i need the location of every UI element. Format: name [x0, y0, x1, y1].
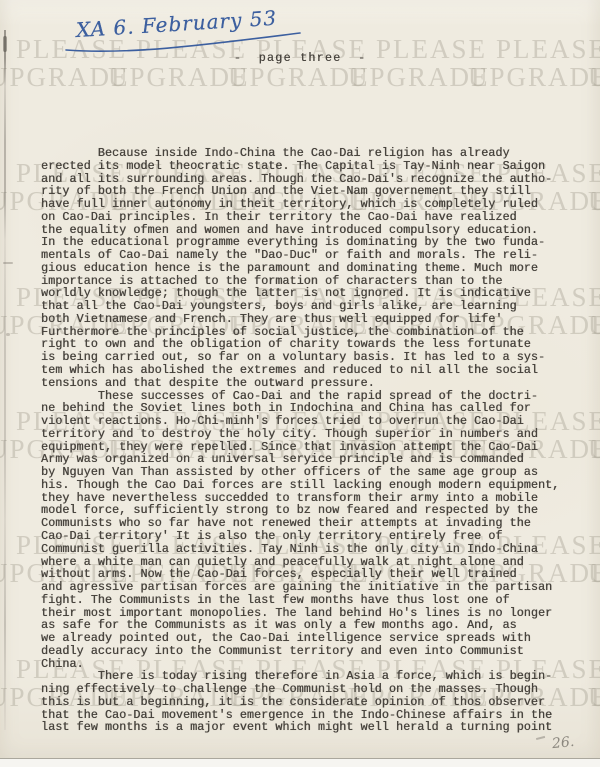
typed-line: his. Though the Cao Dai forces are still… — [41, 479, 581, 492]
typed-line: this is but a beginning, it is the consi… — [41, 696, 581, 709]
typed-line: Communist guerilla activities. Tay Ninh … — [41, 543, 581, 556]
typed-line: on Cao-Dai principles. In their territor… — [41, 211, 581, 224]
pencil-dash-mark — [536, 736, 545, 740]
typed-line: and agressive partisan forces are gainin… — [41, 581, 581, 594]
typed-body: Because inside Indo-China the Cao-Dai re… — [41, 147, 581, 734]
typed-line: territory and to destroy the holy city. … — [41, 428, 581, 441]
typed-line: gious education hence is the paramount a… — [41, 262, 581, 275]
typed-line: both Vietnamese and French. They are thu… — [41, 313, 581, 326]
typed-line: last few months is a major event which m… — [41, 721, 581, 734]
typed-line: Cao-Dai territory' It is also the only t… — [41, 530, 581, 543]
handwritten-annotation: XA 6. February 53 — [75, 4, 306, 42]
typed-line: we already pointed out, the Cao-Dai inte… — [41, 632, 581, 645]
page-header: - page three - — [0, 51, 600, 65]
typed-line: deadly accuracy into the Communist terri… — [41, 645, 581, 658]
scan-speck — [3, 36, 7, 52]
scanned-page: PLEASEPLEASEPLEASEPLEASEPLEASEPLEASEUPGR… — [0, 0, 600, 758]
typed-line: ning effectively to challenge the Commun… — [41, 683, 581, 696]
typed-line: fight. The Communists in the last few mo… — [41, 594, 581, 607]
typed-line: Because inside Indo-China the Cao-Dai re… — [41, 147, 581, 160]
scan-edge-artifact — [4, 30, 6, 730]
page-bottom-edge — [0, 758, 600, 759]
typed-line: tem which has abolished the extremes and… — [41, 364, 581, 377]
scan-speck — [3, 262, 13, 264]
pencil-page-number: 26. — [551, 734, 575, 752]
typed-line: erected its model theocratic state. The … — [41, 160, 581, 173]
scan-speck — [6, 333, 10, 336]
typed-line: have full inner autonomy in theit territ… — [41, 198, 581, 211]
typed-line: violent reactions. Ho-Chi-minh's forces … — [41, 415, 581, 428]
typed-line: by Nguyen Van Than assisted by other off… — [41, 466, 581, 479]
typed-line: tensions and that despite the outward pr… — [41, 377, 581, 390]
typed-line: mentals of Cao-Dai namely the "Dao-Duc" … — [41, 249, 581, 262]
watermark-row: UPGRADEUPGRADEUPGRADEUPGRADEUPGRADEUPGRA… — [0, 62, 600, 93]
